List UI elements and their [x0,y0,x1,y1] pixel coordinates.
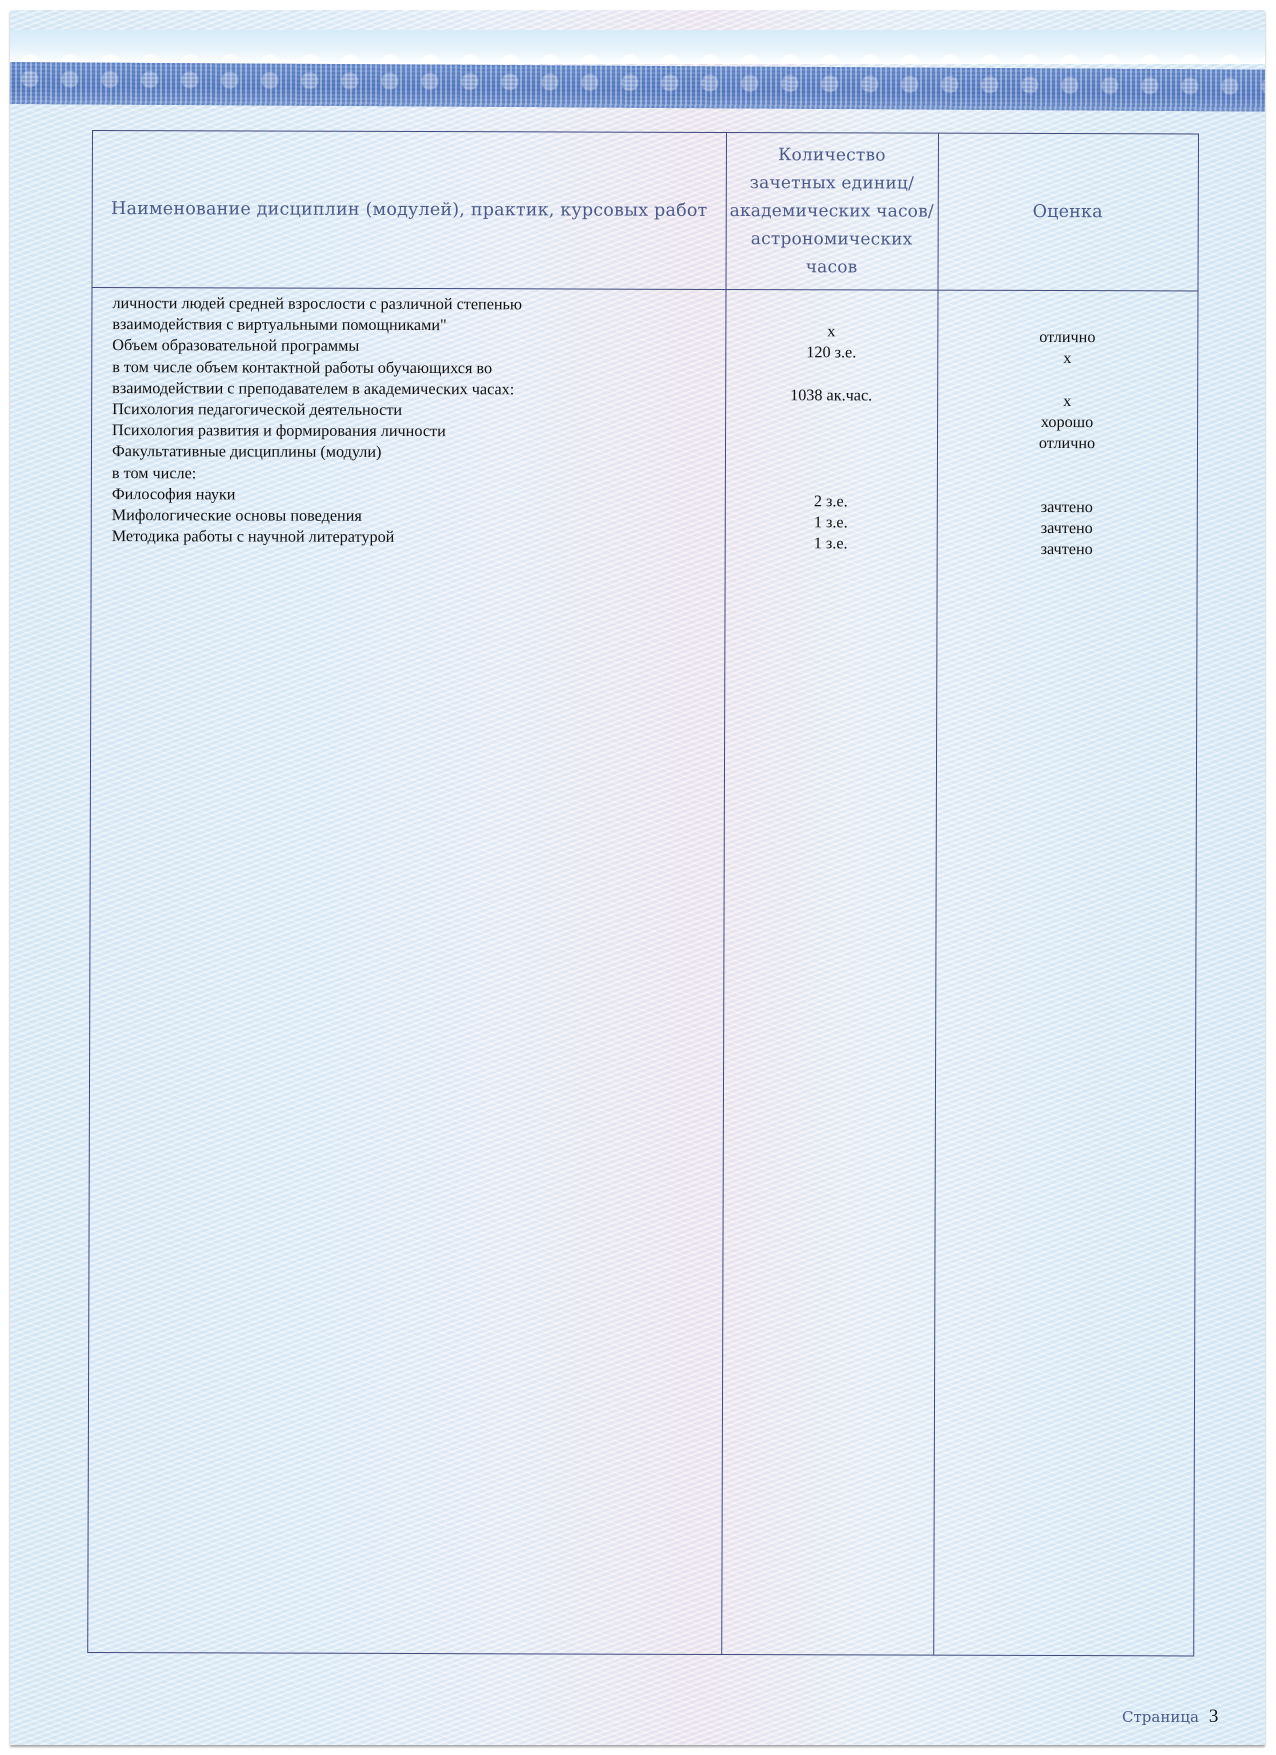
grade-value: x [937,390,1197,412]
discipline-name: взаимодействии с преподавателем в академ… [112,378,712,401]
credits-value: x [725,321,937,343]
grade-value [937,369,1197,391]
discipline-name: в том числе: [112,463,712,486]
credits-value [725,448,937,470]
decorative-guilloche-band-light [10,30,1265,64]
header-credits-line: академических часов/ [730,197,934,226]
discipline-name: Объем образовательной программы [112,335,712,358]
header-credits-line: зачетных единиц/ [730,169,934,198]
header-grade: Оценка [938,134,1198,291]
grade-value: хорошо [937,412,1197,434]
discipline-name: Мифологические основы поведения [112,505,712,528]
header-credits: Количество зачетных единиц/ академически… [726,133,938,290]
decorative-guilloche-band-blue [10,62,1265,112]
discipline-name: взаимодействия с виртуальными помощникам… [112,314,712,337]
discipline-name: Факультативные дисциплины (модули) [112,441,712,464]
credits-value: 120 з.е. [725,342,937,364]
grade-value: x [937,348,1197,370]
header-credits-line: часов [729,253,933,282]
page-footer: Страница3 [1122,1706,1218,1728]
grade-column: отличноxxхорошоотличнозачтенозачтенозачт… [937,306,1198,561]
grade-value [937,454,1197,476]
credits-value: 1038 ак.час. [725,385,937,407]
credits-value [725,469,937,491]
discipline-column: личности людей средней взрослости с разл… [112,293,713,549]
header-discipline-text: Наименование дисциплин (модулей), практи… [111,195,708,225]
grade-value: отлично [937,327,1197,349]
grade-value: зачтено [937,496,1197,518]
grade-value [937,306,1197,328]
header-credits-line: астрономических [730,225,934,254]
grade-value [937,475,1197,497]
credits-value [725,364,937,386]
discipline-name: Психология педагогической деятельности [112,399,712,422]
page-number: 3 [1209,1706,1219,1727]
header-discipline: Наименование дисциплин (модулей), практи… [93,131,726,289]
grade-value: зачтено [937,518,1197,540]
grades-table: Наименование дисциплин (модулей), практи… [87,130,1199,1656]
discipline-name: Философия науки [112,484,712,507]
discipline-name: в том числе объем контактной работы обуч… [112,357,712,380]
grade-value: отлично [937,433,1197,455]
header-credits-line: Количество [730,141,934,170]
credits-column: x120 з.е.1038 ак.час.2 з.е.1 з.е.1 з.е. [725,300,938,555]
credits-value [725,406,937,428]
credits-value: 1 з.е. [725,533,937,555]
credits-value: 1 з.е. [725,512,937,534]
discipline-name: Методика работы с научной литературой [112,526,712,549]
credits-value [725,427,937,449]
discipline-name: Психология развития и формирования лично… [112,420,712,443]
header-grade-text: Оценка [1033,198,1103,226]
page-label: Страница [1122,1708,1199,1726]
credits-value [725,300,937,322]
grade-value: зачтено [937,539,1197,561]
discipline-name: личности людей средней взрослости с разл… [112,293,712,316]
credits-value: 2 з.е. [725,491,937,513]
